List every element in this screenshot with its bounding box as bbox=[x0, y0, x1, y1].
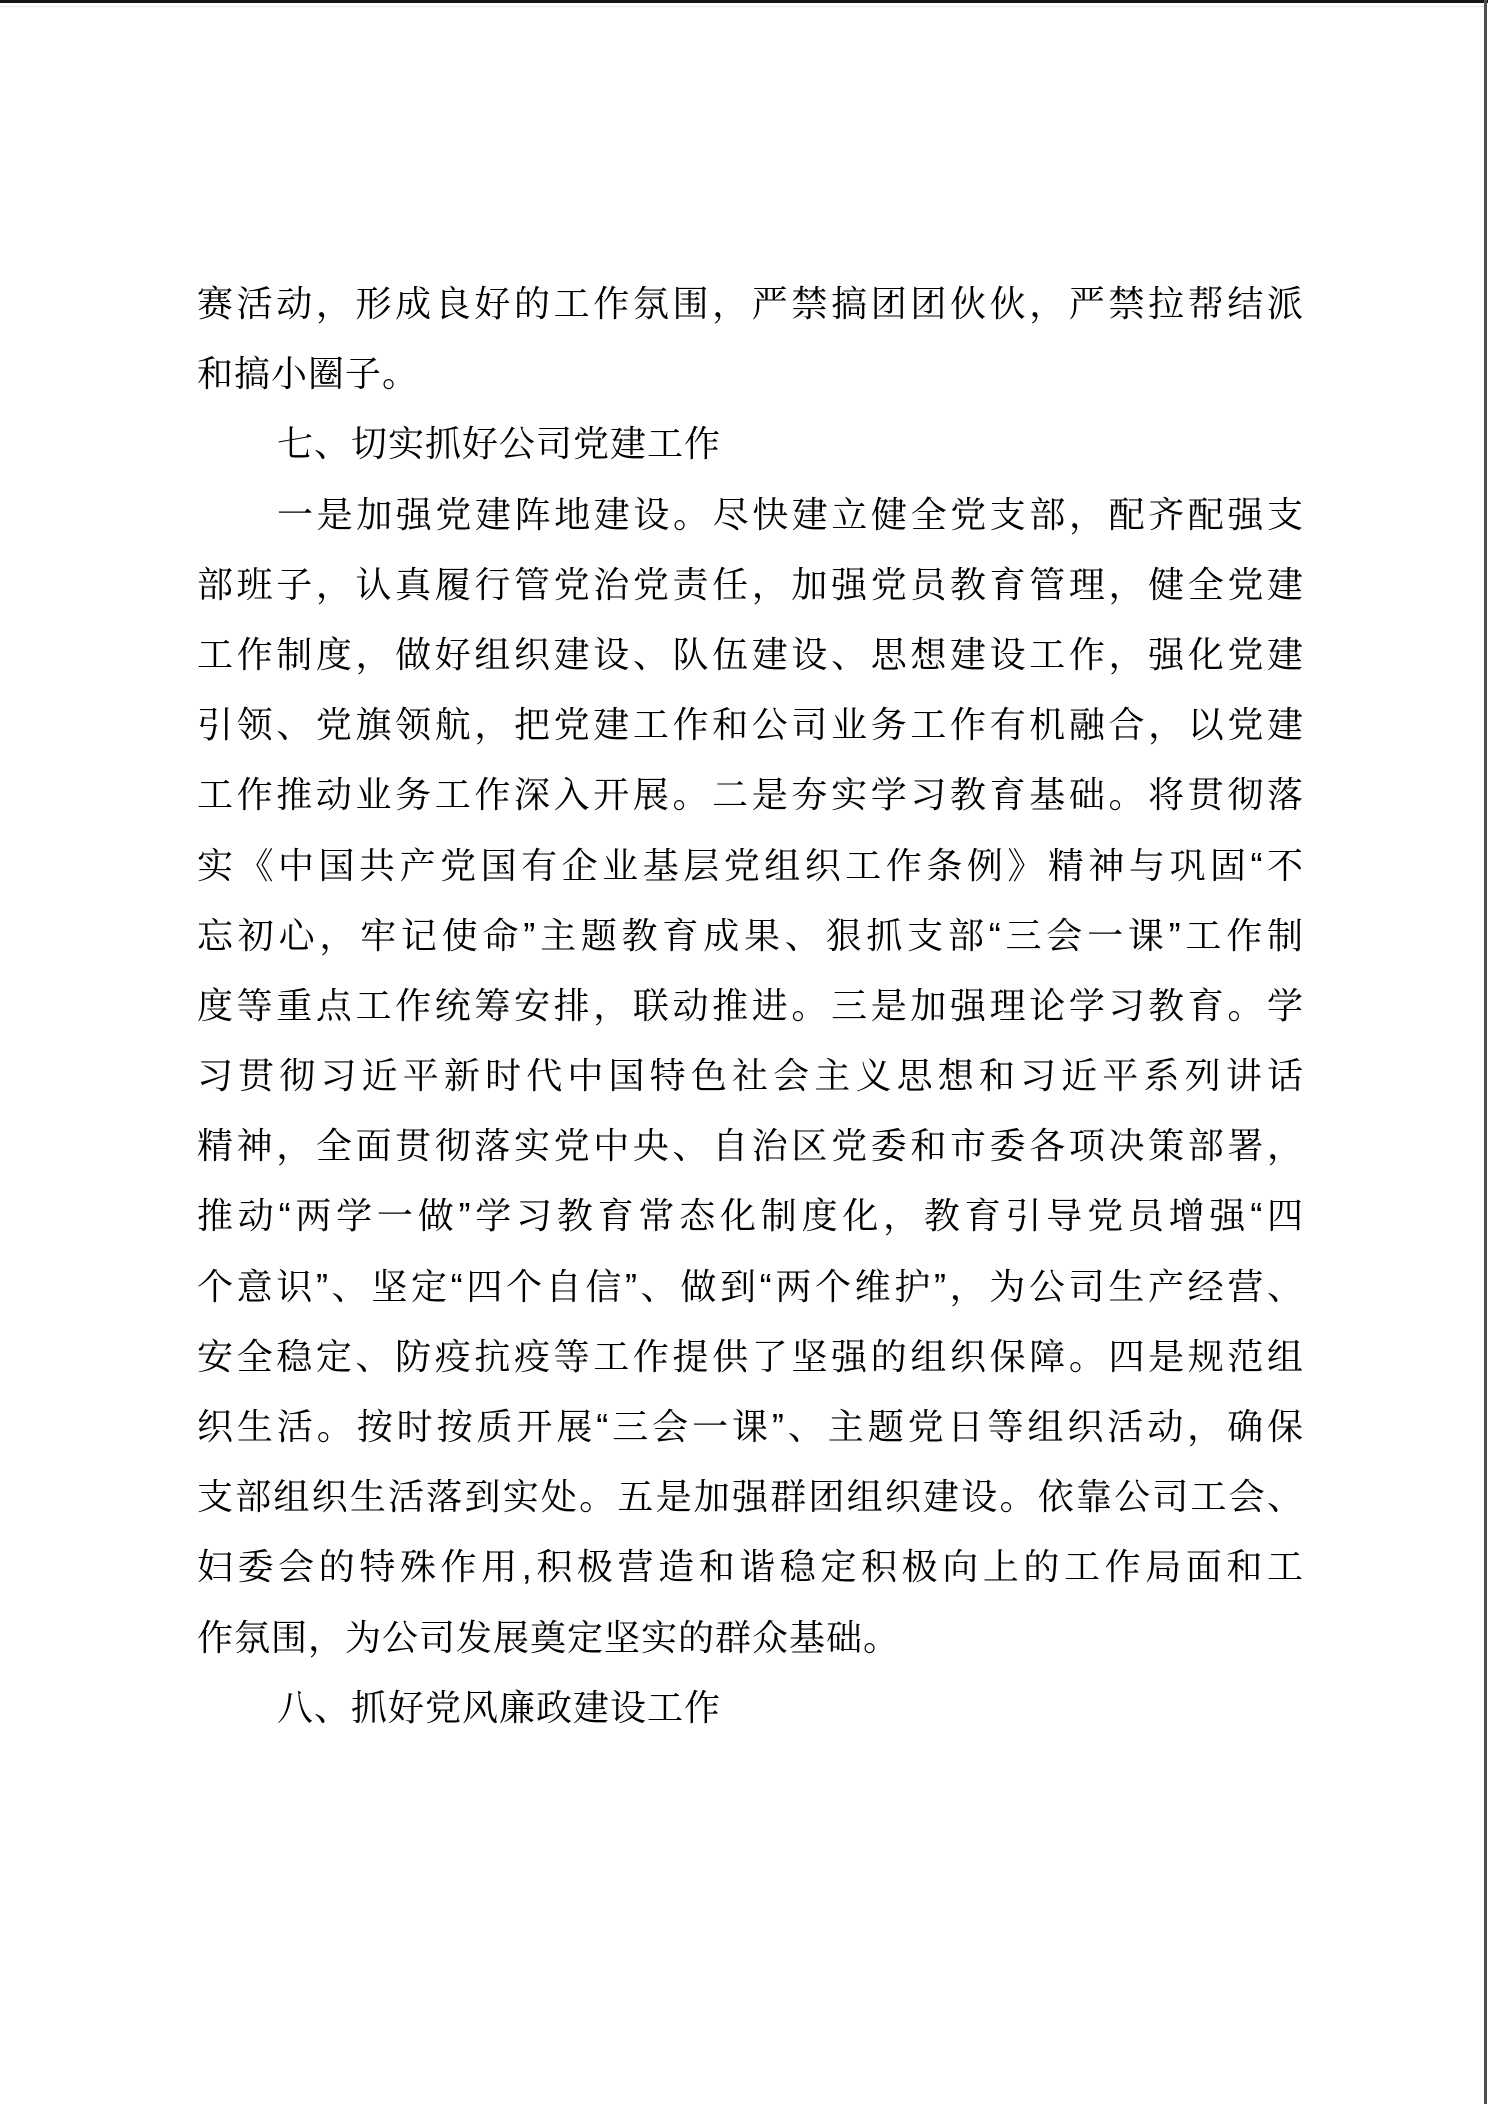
text-line: 度等重点工作统筹安排，联动推进。三是加强理论学习教育。学 bbox=[197, 971, 1303, 1041]
text-line: 推动“两学一做”学习教育常态化制度化，教育引导党员增强“四 bbox=[197, 1181, 1303, 1251]
text-line: 引领、党旗领航，把党建工作和公司业务工作有机融合，以党建 bbox=[197, 690, 1303, 760]
document-page: 赛活动，形成良好的工作氛围，严禁搞团团伙伙，严禁拉帮结派 和搞小圈子。 七、切实… bbox=[0, 0, 1488, 2104]
text-line: 一是加强党建阵地建设。尽快建立健全党支部，配齐配强支 bbox=[197, 480, 1303, 550]
document-text: 赛活动，形成良好的工作氛围，严禁搞团团伙伙，严禁拉帮结派 和搞小圈子。 七、切实… bbox=[197, 269, 1303, 1743]
text-line: 和搞小圈子。 bbox=[197, 339, 1303, 409]
text-line: 支部组织生活落到实处。五是加强群团组织建设。依靠公司工会、 bbox=[197, 1462, 1303, 1532]
text-line: 精神，全面贯彻落实党中央、自治区党委和市委各项决策部署， bbox=[197, 1111, 1303, 1181]
section-heading-seven: 七、切实抓好公司党建工作 bbox=[197, 409, 1303, 479]
right-edge-bar bbox=[1484, 0, 1487, 2104]
text-line: 实《中国共产党国有企业基层党组织工作条例》精神与巩固“不 bbox=[197, 831, 1303, 901]
text-line: 赛活动，形成良好的工作氛围，严禁搞团团伙伙，严禁拉帮结派 bbox=[197, 269, 1303, 339]
text-line: 部班子，认真履行管党治党责任，加强党员教育管理，健全党建 bbox=[197, 550, 1303, 620]
text-line: 安全稳定、防疫抗疫等工作提供了坚强的组织保障。四是规范组 bbox=[197, 1322, 1303, 1392]
section-heading-eight: 八、抓好党风廉政建设工作 bbox=[197, 1673, 1303, 1743]
text-line: 作氛围，为公司发展奠定坚实的群众基础。 bbox=[197, 1603, 1303, 1673]
top-edge-bar bbox=[0, 0, 1488, 3]
text-line: 习贯彻习近平新时代中国特色社会主义思想和习近平系列讲话 bbox=[197, 1041, 1303, 1111]
text-line: 忘初心，牢记使命”主题教育成果、狠抓支部“三会一课”工作制 bbox=[197, 901, 1303, 971]
text-line: 织生活。按时按质开展“三会一课”、主题党日等组织活动，确保 bbox=[197, 1392, 1303, 1462]
text-line: 个意识”、坚定“四个自信”、做到“两个维护”，为公司生产经营、 bbox=[197, 1252, 1303, 1322]
text-line: 妇委会的特殊作用,积极营造和谐稳定积极向上的工作局面和工 bbox=[197, 1532, 1303, 1602]
top-hairline bbox=[0, 6, 1488, 7]
text-line: 工作制度，做好组织建设、队伍建设、思想建设工作，强化党建 bbox=[197, 620, 1303, 690]
text-line: 工作推动业务工作深入开展。二是夯实学习教育基础。将贯彻落 bbox=[197, 760, 1303, 830]
